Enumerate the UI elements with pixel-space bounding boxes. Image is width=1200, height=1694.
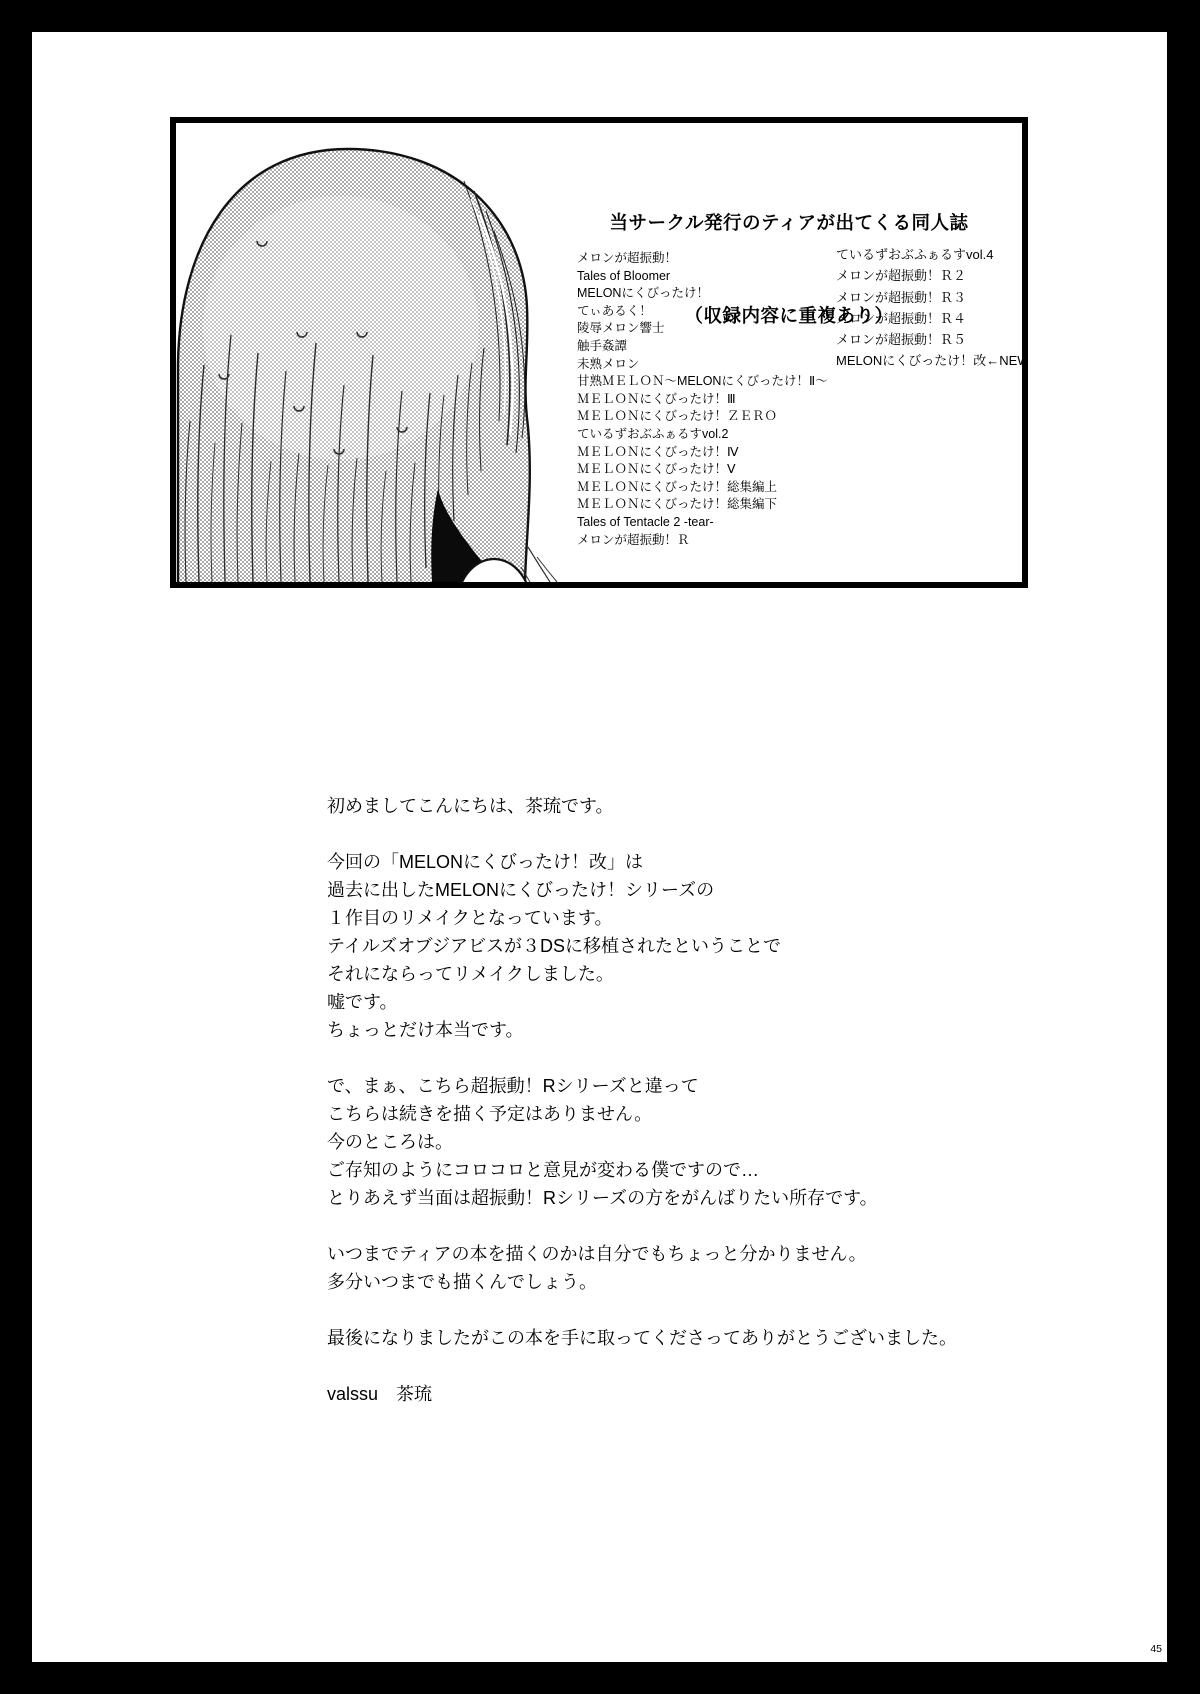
doujin-title: 未熟メロン xyxy=(577,356,828,374)
doujin-title: メロンが超振動！Ｒ４ xyxy=(836,308,1028,329)
afterword-line: ちょっとだけ本当です。 xyxy=(327,1016,957,1044)
paper: 当サークル発行のティアが出てくる同人誌 （収録内容に重複あり） メロンが超振動！… xyxy=(32,32,1167,1662)
doujin-title: Tales of Tentacle 2 -tear- xyxy=(577,514,828,532)
afterword-line: で、まぁ、こちら超振動！Rシリーズと違って xyxy=(327,1072,957,1100)
doujin-title: 陵辱メロン響士 xyxy=(577,320,828,338)
doujin-title: てぃあるく！ xyxy=(577,303,828,321)
info-box: 当サークル発行のティアが出てくる同人誌 （収録内容に重複あり） メロンが超振動！… xyxy=(170,117,1028,588)
afterword-line: 初めましてこんにちは、茶琉です。 xyxy=(327,792,957,820)
doujin-title: ているずおぶふぁるすvol.2 xyxy=(577,426,828,444)
doujin-title: ているずおぶふぁるすvol.4 xyxy=(836,244,1028,265)
afterword-line: 嘘です。 xyxy=(327,988,957,1016)
doujin-list-left: メロンが超振動！Tales of BloomerMELONにくびったけ！てぃある… xyxy=(577,250,828,549)
afterword-line: valssu 茶琉 xyxy=(327,1380,957,1408)
doujin-title: 触手姦譚 xyxy=(577,338,828,356)
doujin-title: メロンが超振動！ xyxy=(577,250,828,268)
doujin-title: メロンが超振動！Ｒ３ xyxy=(836,287,1028,308)
doujin-title: ＭＥＬＯＮにくびったけ！総集編上 xyxy=(577,479,828,497)
afterword-line xyxy=(327,820,957,848)
page-frame: 当サークル発行のティアが出てくる同人誌 （収録内容に重複あり） メロンが超振動！… xyxy=(0,0,1200,1694)
afterword-line: こちらは続きを描く予定はありません。 xyxy=(327,1100,957,1128)
afterword-line: それにならってリメイクしました。 xyxy=(327,960,957,988)
info-box-title: 当サークル発行のティアが出てくる同人誌 xyxy=(556,207,1022,238)
afterword-line: 最後になりましたがこの本を手に取ってくださってありがとうございました。 xyxy=(327,1324,957,1352)
doujin-title: 甘熟ＭＥＬＯＮ～MELONにくびったけ！Ⅱ～ xyxy=(577,373,828,391)
afterword-line xyxy=(327,1352,957,1380)
doujin-title: ＭＥＬＯＮにくびったけ！Ⅲ xyxy=(577,391,828,409)
doujin-title: ＭＥＬＯＮにくびったけ！Ⅳ xyxy=(577,444,828,462)
afterword-line: テイルズオブジアビスが３DSに移植されたということで xyxy=(327,932,957,960)
afterword-text: 初めましてこんにちは、茶琉です。今回の「MELONにくびったけ！改」は過去に出し… xyxy=(327,792,957,1408)
afterword-line: 過去に出したMELONにくびったけ！シリーズの xyxy=(327,876,957,904)
afterword-line: ご存知のようにコロコロと意見が変わる僕ですので… xyxy=(327,1156,957,1184)
afterword-line xyxy=(327,1296,957,1324)
afterword-line xyxy=(327,1212,957,1240)
doujin-list-right: ているずおぶふぁるすvol.4メロンが超振動！Ｒ２メロンが超振動！Ｒ３メロンが超… xyxy=(836,244,1028,372)
doujin-title: Tales of Bloomer xyxy=(577,268,828,286)
afterword-line xyxy=(327,1044,957,1072)
doujin-title: メロンが超振動！Ｒ５ xyxy=(836,329,1028,350)
doujin-title: ＭＥＬＯＮにくびったけ！ＺＥＲＯ xyxy=(577,408,828,426)
doujin-title: メロンが超振動！Ｒ２ xyxy=(836,265,1028,286)
doujin-title: MELONにくびったけ！ xyxy=(577,285,828,303)
afterword-line: １作目のリメイクとなっています。 xyxy=(327,904,957,932)
afterword-line: 多分いつまでも描くんでしょう。 xyxy=(327,1268,957,1296)
afterword-line: 今回の「MELONにくびったけ！改」は xyxy=(327,848,957,876)
doujin-title: ＭＥＬＯＮにくびったけ！総集編下 xyxy=(577,496,828,514)
afterword-line: 今のところは。 xyxy=(327,1128,957,1156)
afterword-line: とりあえず当面は超振動！Rシリーズの方をがんばりたい所存です。 xyxy=(327,1184,957,1212)
doujin-title: MELONにくびったけ！改←NEW xyxy=(836,350,1028,371)
doujin-title: メロンが超振動！Ｒ xyxy=(577,532,828,550)
afterword-line: いつまでティアの本を描くのかは自分でもちょっと分かりません。 xyxy=(327,1240,957,1268)
doujin-title: ＭＥＬＯＮにくびったけ！Ⅴ xyxy=(577,461,828,479)
page-number: 45 xyxy=(1150,1643,1162,1655)
